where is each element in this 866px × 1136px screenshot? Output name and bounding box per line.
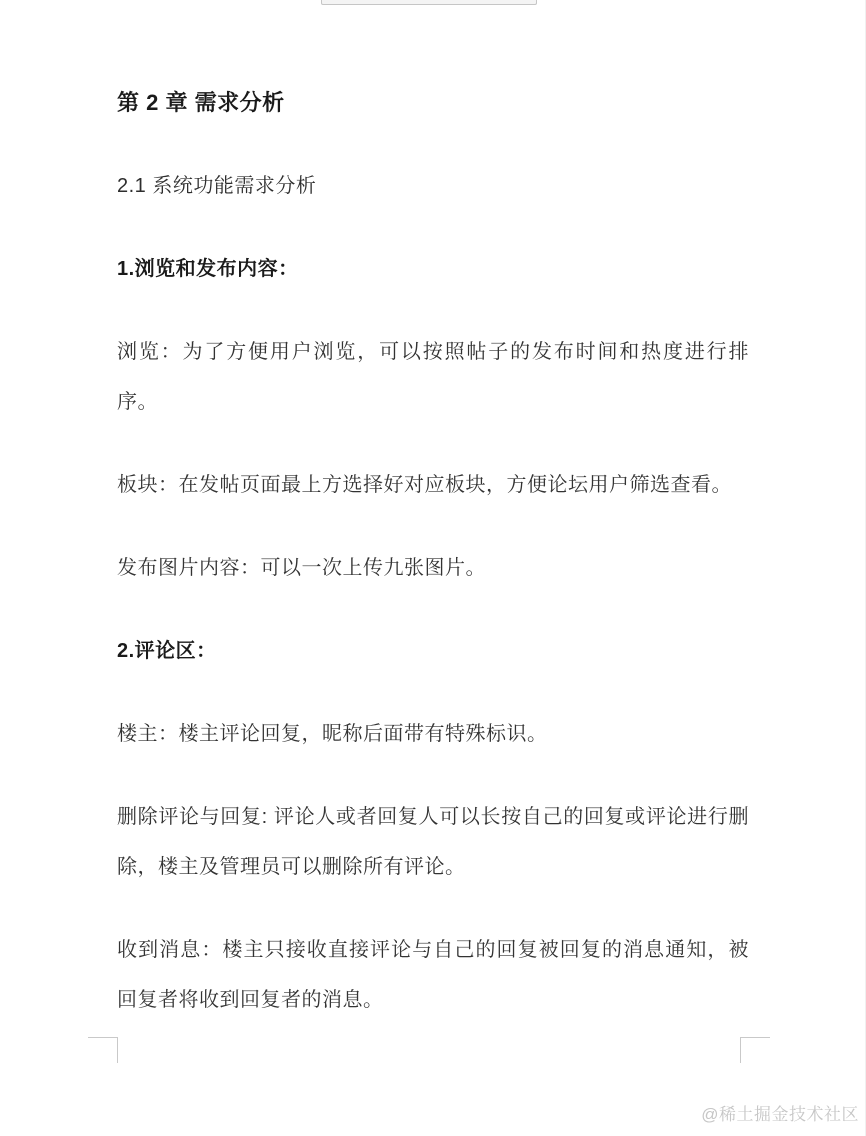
- paragraph-board: 板块：在发帖页面最上方选择好对应板块，方便论坛用户筛选查看。: [117, 460, 749, 510]
- subsection-2-heading: 2.评论区：: [117, 626, 749, 676]
- paragraph-receive-messages: 收到消息：楼主只接收直接评论与自己的回复被回复的消息通知，被回复者将收到回复者的…: [117, 925, 749, 1025]
- chapter-title: 第 2 章 需求分析: [117, 78, 749, 128]
- paragraph-delete-comments: 删除评论与回复: 评论人或者回复人可以长按自己的回复或评论进行删除，楼主及管理员…: [117, 792, 749, 892]
- document-page: { "document": { "chapter_title": "第 2 章 …: [0, 0, 866, 1136]
- document-content: 第 2 章 需求分析 2.1 系统功能需求分析 1.浏览和发布内容： 浏览：为了…: [117, 78, 749, 1058]
- margin-crop-mark-left: [88, 1037, 118, 1063]
- paragraph-browse: 浏览：为了方便用户浏览，可以按照帖子的发布时间和热度进行排序。: [117, 327, 749, 427]
- section-heading: 2.1 系统功能需求分析: [117, 161, 749, 211]
- page-edge-bar: [321, 0, 537, 5]
- paragraph-publish-images: 发布图片内容：可以一次上传九张图片。: [117, 543, 749, 593]
- paragraph-thread-owner: 楼主：楼主评论回复，昵称后面带有特殊标识。: [117, 709, 749, 759]
- subsection-1-heading: 1.浏览和发布内容：: [117, 244, 749, 294]
- margin-crop-mark-right: [740, 1037, 770, 1063]
- watermark: @稀土掘金技术社区: [701, 1100, 859, 1125]
